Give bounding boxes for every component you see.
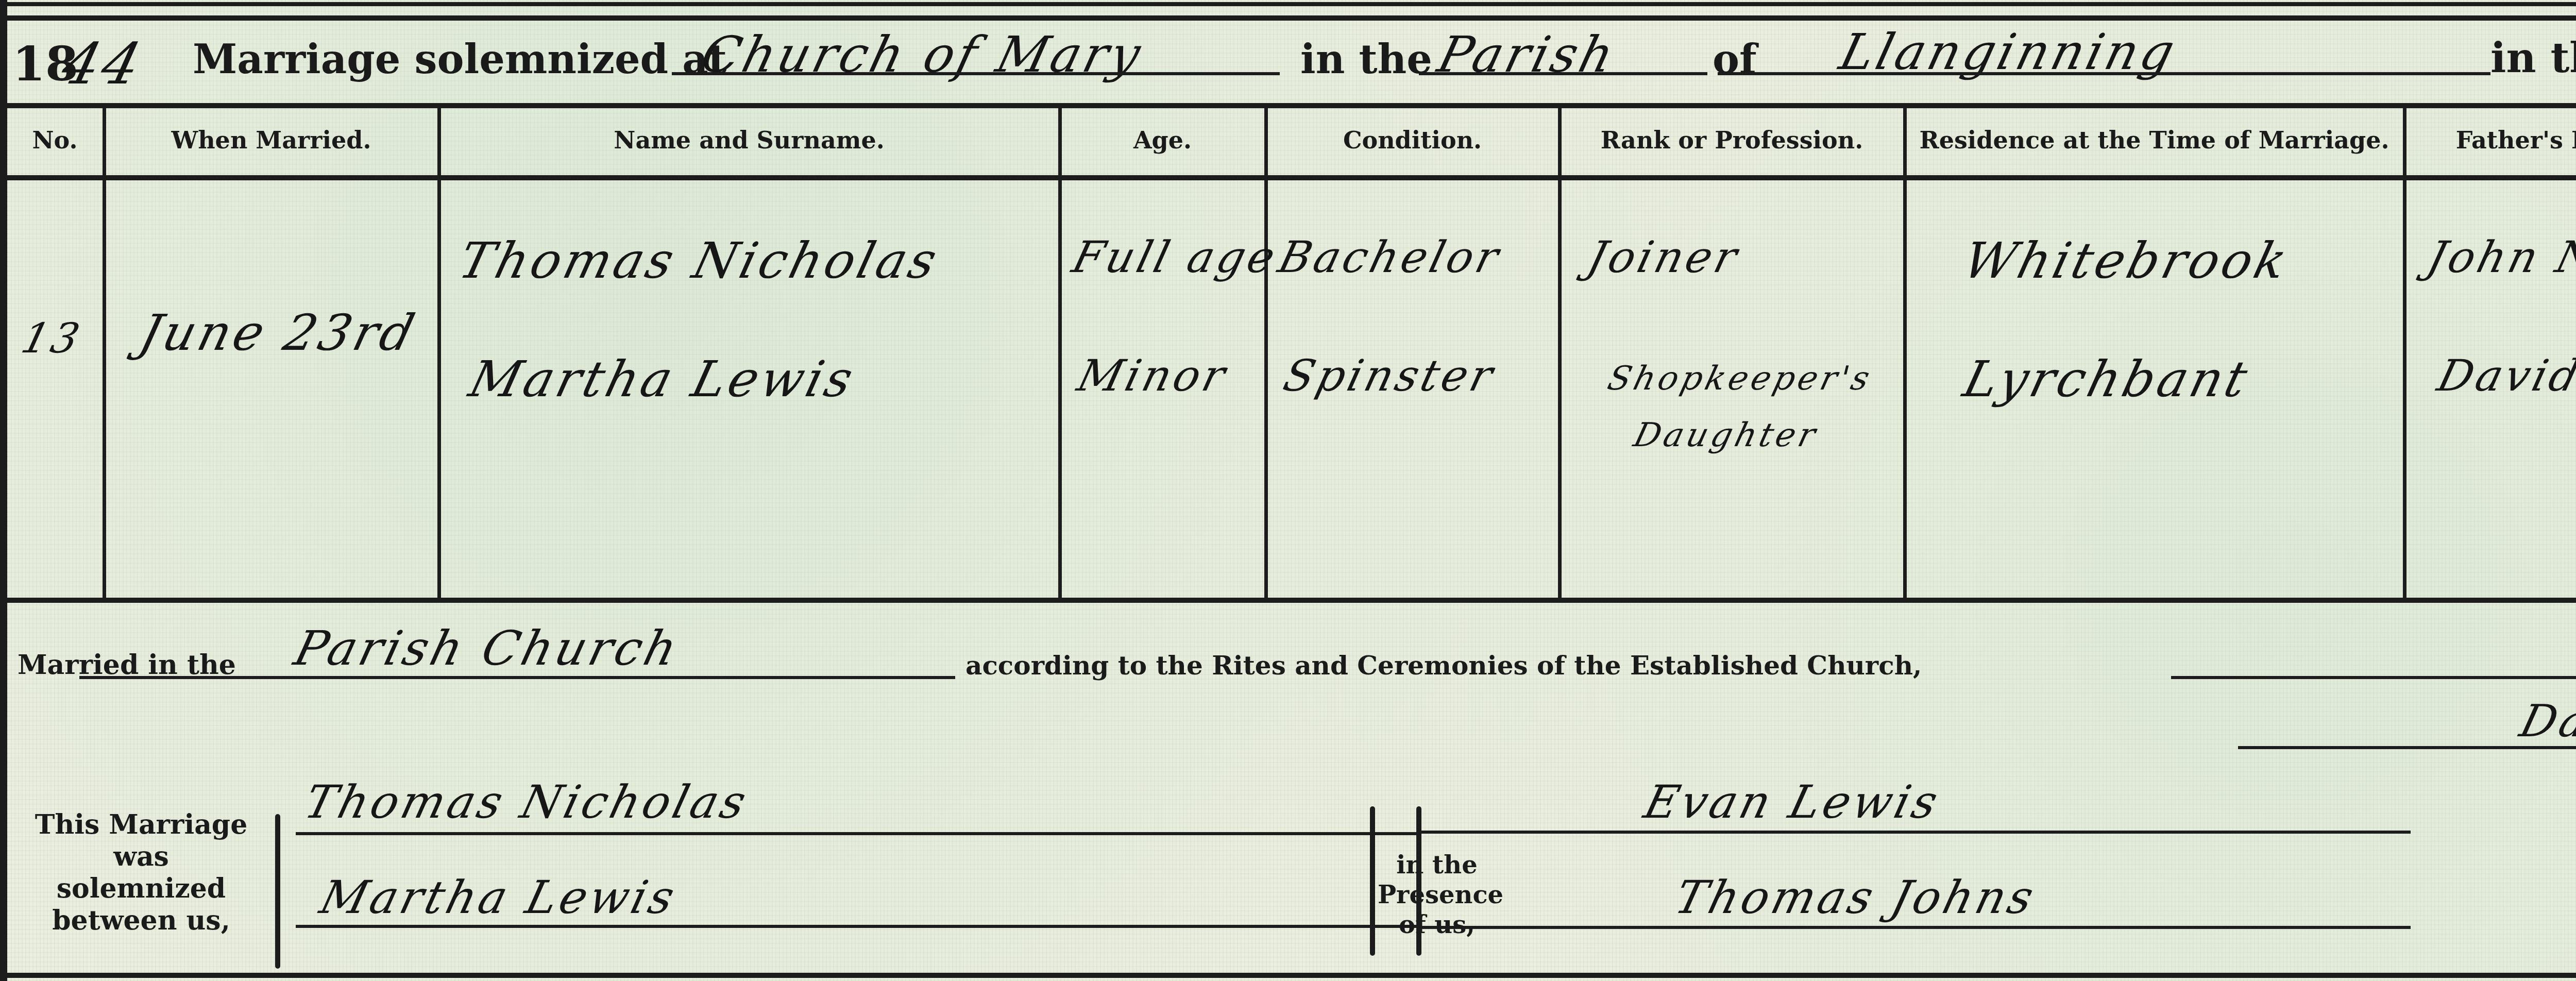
presence-left-brace (1370, 806, 1375, 956)
col-divider-2 (437, 106, 441, 600)
col-divider-3 (1058, 106, 1062, 600)
bride-residence: Lyrchbant (1958, 350, 2256, 408)
bottom-rule (7, 973, 2576, 978)
this-marriage-line-2: was (12, 841, 270, 873)
presence-right-brace (1416, 806, 1421, 956)
this-marriage-line-1: This Marriage (12, 809, 270, 841)
this-marriage-label: This Marriage was solemnized between us, (12, 809, 270, 937)
groom-signature-line (296, 832, 1419, 835)
col-header-when-married: When Married. (105, 126, 437, 154)
witness-2-line (1421, 926, 2411, 929)
place-underline (672, 72, 1280, 75)
col-divider-5 (1558, 106, 1562, 600)
header-top-rule (7, 103, 2576, 108)
officiant-signature: Daniel Evans Curate (2515, 696, 2576, 747)
in-presence-line-1: in the (1378, 850, 1496, 880)
top-rule (7, 2, 2576, 6)
col-divider-7 (2403, 106, 2406, 600)
bride-signature-line (296, 925, 1419, 928)
col-header-residence: Residence at the Time of Marriage. (1906, 126, 2403, 154)
header-bottom-rule (7, 175, 2576, 180)
in-presence-line-3: of us, (1378, 910, 1496, 940)
title-of: of (1713, 36, 1757, 83)
groom-rank: Joiner (1583, 232, 1745, 282)
witness-1-line (1421, 831, 2411, 834)
col-header-no: No. (7, 126, 103, 154)
witness-2-signature: Thomas Johns (1670, 871, 2042, 924)
groom-name: Thomas Nicholas (453, 232, 945, 290)
groom-father-name: John Nicholas (2422, 232, 2576, 282)
this-marriage-line-4: between us, (12, 905, 270, 937)
marriage-register-entry: 18 44 Marriage solemnized at Church of M… (0, 0, 2576, 981)
title-in-county-of: in the County of (2490, 33, 2576, 82)
bride-father-name: David Lewis (2433, 350, 2576, 401)
bride-condition: Spinster (1279, 350, 1501, 401)
groom-signature: Thomas Nicholas (299, 775, 754, 828)
venue-underline (79, 676, 955, 679)
bride-name: Martha Lewis (464, 350, 861, 408)
col-divider-1 (103, 106, 106, 600)
groom-residence: Whitebrook (1958, 232, 2296, 290)
col-header-father-name: Father's Name and Surname. (2405, 126, 2576, 154)
title-top-rule (7, 15, 2576, 21)
col-header-name: Name and Surname. (440, 126, 1058, 154)
left-brace (275, 814, 280, 969)
year-suffix: 44 (56, 31, 150, 97)
col-header-condition: Condition. (1267, 126, 1558, 154)
groom-condition: Bachelor (1274, 232, 1507, 282)
groom-age: Full age (1067, 232, 1283, 282)
bride-rank: Shopkeeper's Daughter (1554, 350, 1912, 464)
title-in-the: in the (1300, 36, 1432, 83)
parish-underline (1718, 72, 2490, 75)
entry-number: 13 (16, 314, 87, 362)
according-to-text: according to the Rites and Ceremonies of… (965, 650, 1922, 681)
this-marriage-line-3: solemnized (12, 873, 270, 905)
venue: Parish Church (289, 621, 686, 676)
officiant-underline (2238, 746, 2576, 749)
in-presence-line-2: Presence (1378, 880, 1496, 910)
col-header-rank: Rank or Profession. (1561, 126, 1903, 154)
entry-date: June 23rd (134, 304, 423, 362)
col-divider-4 (1264, 106, 1268, 600)
entry-bottom-rule (7, 598, 2576, 603)
bride-age: Minor (1073, 350, 1233, 401)
col-header-age: Age. (1061, 126, 1264, 154)
title-solemnized-at: Marriage solemnized at (193, 36, 727, 83)
bride-signature: Martha Lewis (315, 871, 683, 924)
witness-1-signature: Evan Lewis (1639, 775, 1946, 828)
district-underline (1419, 72, 1707, 75)
byme-underline (2171, 676, 2576, 679)
